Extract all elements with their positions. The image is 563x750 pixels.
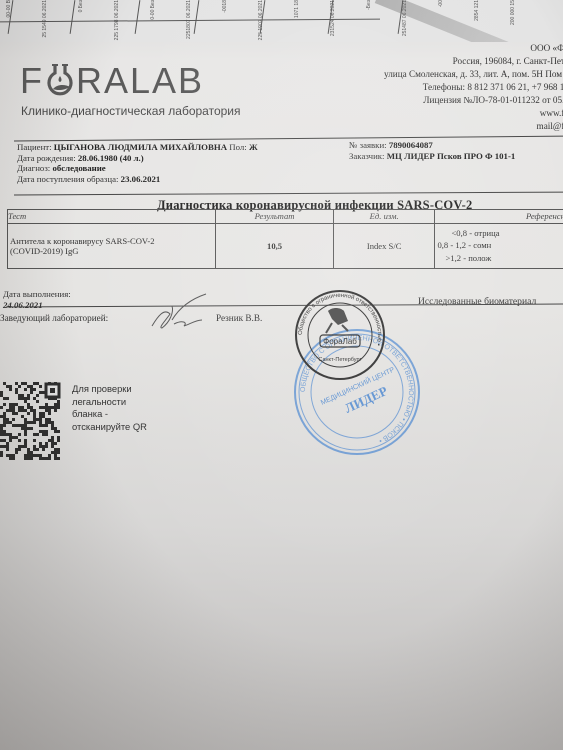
company-name: ООО «Фо (309, 42, 563, 55)
company-website: www.fo (309, 107, 563, 120)
printout-cell: -Без (366, 0, 372, 10)
dob-row: Дата рождения: 28.06.1980 (40 л.) (17, 153, 258, 164)
received-label: Дата поступления образца: (17, 174, 118, 184)
order-info: № заявки: 7890064087 Заказчик: МЦ ЛИДЕР … (349, 140, 515, 162)
qr-code-icon[interactable] (0, 382, 62, 462)
patient-info: Пациент: ЦЫГАНОВА ЛЮДМИЛА МИХАЙЛОВНА Пол… (17, 142, 258, 184)
test-name-line: Антитела к коронавирусу SARS-COV-2 (10, 236, 213, 246)
printout-cell: -00 (438, 0, 444, 7)
company-info: ООО «Фо Россия, 196084, г. Санкт-Пете ул… (309, 42, 563, 133)
completion-date: 24.06.2021 (3, 300, 71, 311)
table-header-row: Тест Результат Ед. изм. Референсные з (8, 210, 563, 224)
printout-cell: 225 1798 06.2021 (114, 0, 120, 40)
signer-name: Резник В.В. (216, 313, 262, 323)
printout-cell: -0018 (222, 0, 228, 13)
company-address-city: Россия, 196084, г. Санкт-Пете (309, 55, 563, 68)
printout-cell: 0-00 Без (150, 0, 156, 20)
qr-instruction: Для проверки легальности бланка - отскан… (72, 383, 147, 433)
logo-letter-f: F (20, 60, 44, 101)
logo-text-ralab: RALAB (76, 60, 204, 101)
company-address-street: улица Смоленская, д. 33, лит. А, пом. 5Н… (309, 68, 563, 81)
company-phones: Телефоны: 8 812 371 06 21, +7 968 18 (309, 81, 563, 94)
order-number: 7890064087 (389, 140, 433, 150)
qr-note-line: отсканируйте QR (72, 421, 147, 434)
printout-cell: 200 000 15 (510, 0, 516, 25)
company-license: Лицензия №ЛО-78-01-011232 от 05.1 (309, 94, 563, 107)
printout-cell: 2854 121 (474, 0, 480, 21)
reference-values: <0,8 - отрица 0,8 - 1,2 - сомн >1,2 - по… (435, 223, 563, 268)
qr-note-line: Для проверки (72, 383, 147, 396)
received-row: Дата поступления образца: 23.06.2021 (17, 174, 258, 185)
printout-cell: 251487 06.2021 (402, 0, 408, 36)
previous-page-printout: 00-00 B25 1549 06.20210 Без225 1798 06.2… (0, 0, 563, 42)
qr-note-line: бланка - (72, 408, 147, 421)
printout-column-line (194, 0, 200, 34)
diagnosis-row: Диагноз: обследование (17, 163, 258, 174)
printout-cell: 25 1549 06.2021 (42, 0, 48, 38)
patient-dob: 28.06.1980 (40 л.) (78, 153, 144, 163)
divider (14, 192, 563, 196)
sample-received-date: 23.06.2021 (121, 174, 161, 184)
foralab-logo: F RALAB (20, 60, 204, 102)
completion-info: Дата выполнения: 24.06.2021 (3, 289, 71, 311)
completion-label: Дата выполнения: (3, 289, 71, 300)
biomaterial-note: Исследованные биоматериал (418, 296, 536, 307)
printout-cell: 0 Без (78, 0, 84, 12)
reference-line: >1,2 - полож (437, 252, 563, 265)
signature-icon (148, 290, 218, 332)
header-unit: Ед. изм. (333, 210, 435, 224)
header-reference: Референсные з (435, 210, 563, 224)
printout-column-line (135, 0, 141, 34)
sex-label: Пол: (229, 142, 246, 152)
patient-diagnosis: обследование (52, 163, 105, 173)
patient-name: ЦЫГАНОВА ЛЮДМИЛА МИХАЙЛОВНА (54, 142, 227, 152)
reference-line: <0,8 - отрица (437, 227, 563, 240)
test-unit: Index S/C (333, 223, 435, 268)
results-table: Тест Результат Ед. изм. Референсные з Ан… (7, 209, 563, 269)
dob-label: Дата рождения: (17, 153, 76, 163)
order-number-row: № заявки: 7890064087 (349, 140, 515, 151)
header-test: Тест (8, 210, 216, 224)
diagnosis-label: Диагноз: (17, 163, 50, 173)
reference-line: 0,8 - 1,2 - сомн (437, 239, 563, 252)
patient-label: Пациент: (17, 142, 52, 152)
customer-label: Заказчик: (349, 151, 385, 161)
header-result: Результат (216, 210, 334, 224)
lab-head-label: Заведующий лабораторией: (0, 313, 108, 323)
qr-note-line: легальности (72, 396, 147, 409)
lab-report-page: F RALAB Клинико-диагностическая лаборато… (0, 42, 563, 750)
svg-text:ФораЛаб: ФораЛаб (323, 337, 357, 346)
customer-row: Заказчик: МЦ ЛИДЕР Псков ПРО Ф 101-1 (349, 151, 515, 162)
printout-cell: 1071 18 (294, 0, 300, 18)
test-name-line: (COVID-2019) IgG (10, 246, 213, 256)
table-row: Антитела к коронавирусу SARS-COV-2 (COVI… (8, 223, 563, 268)
printout-column-line (70, 0, 76, 34)
flask-icon (46, 63, 74, 97)
lab-subtitle: Клинико-диагностическая лаборатория (21, 104, 241, 118)
test-result: 10,5 (216, 223, 334, 268)
customer-name: МЦ ЛИДЕР Псков ПРО Ф 101-1 (387, 151, 516, 161)
order-number-label: № заявки: (349, 140, 387, 150)
printout-cell: 2251807 06.2021 (186, 0, 192, 39)
foralab-stamp-icon: Общество с ограниченной ответственностью… (292, 289, 392, 385)
company-email: mail@fo (309, 120, 563, 133)
patient-name-row: Пациент: ЦЫГАНОВА ЛЮДМИЛА МИХАЙЛОВНА Пол… (17, 142, 258, 153)
patient-sex: Ж (249, 142, 258, 152)
test-name: Антитела к коронавирусу SARS-COV-2 (COVI… (8, 223, 216, 268)
svg-text:Санкт-Петербург: Санкт-Петербург (318, 357, 361, 363)
